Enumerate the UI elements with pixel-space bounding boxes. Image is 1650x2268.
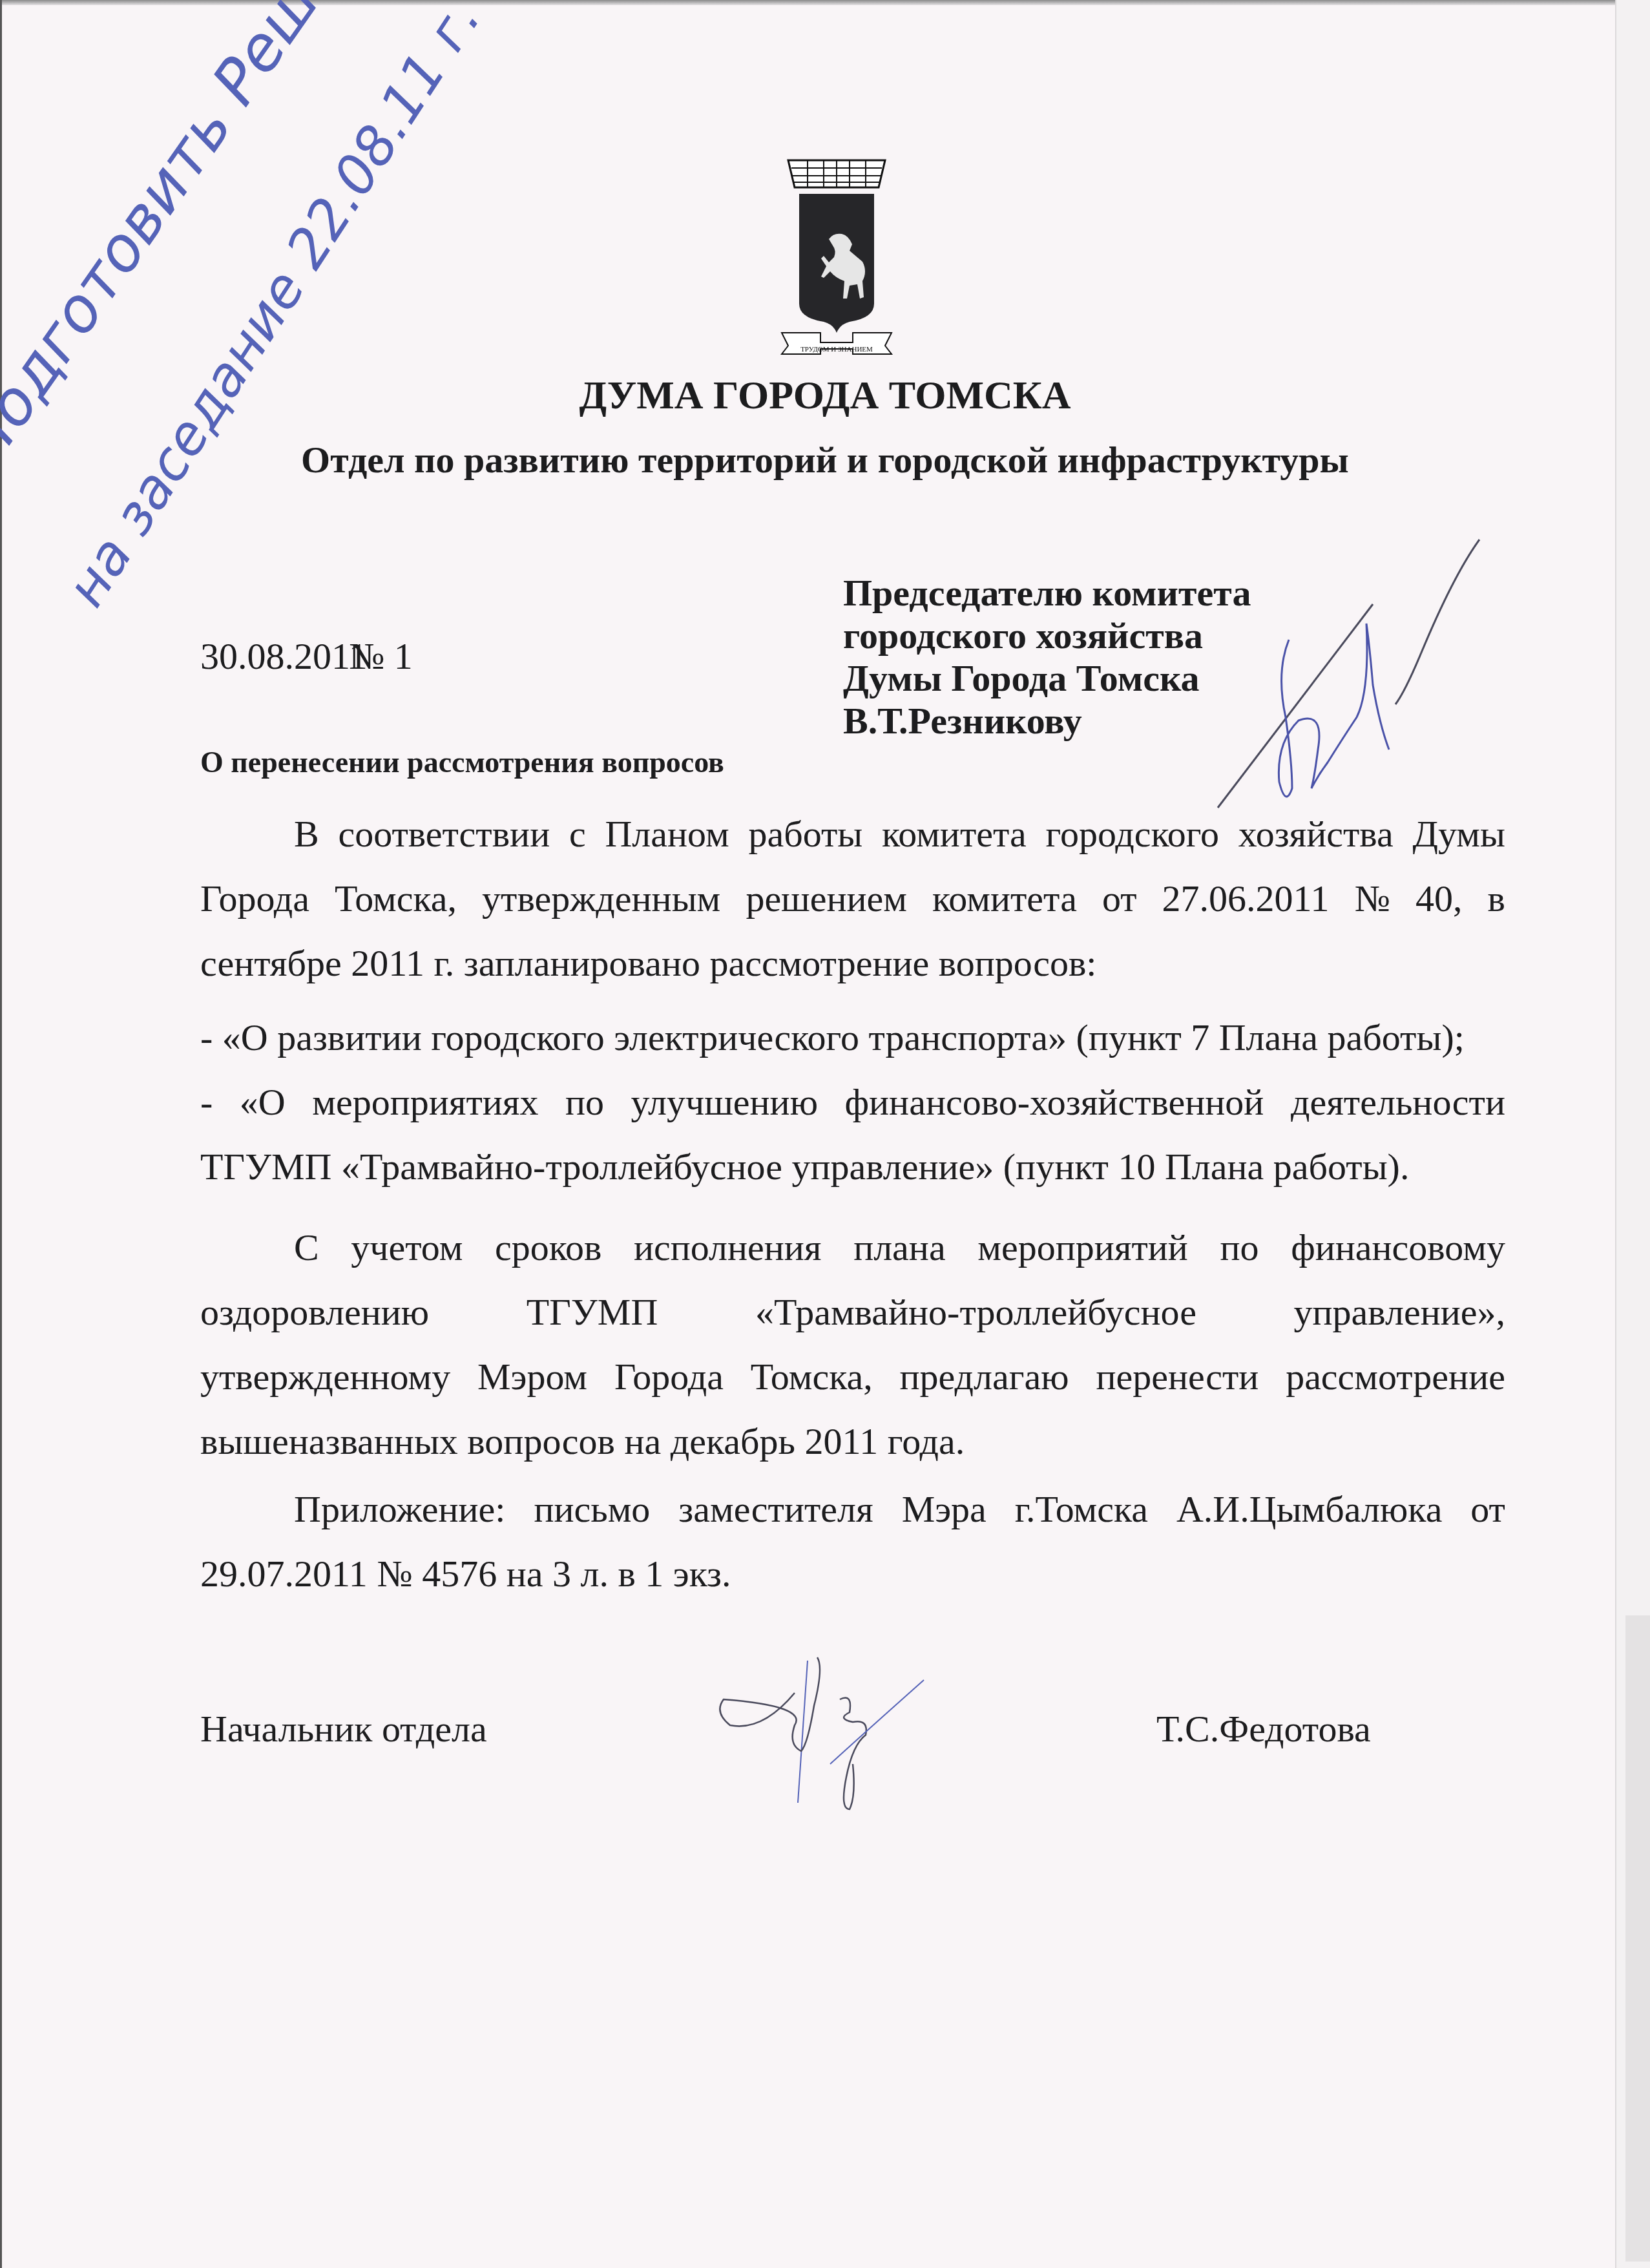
body-paragraph-2-line: утвержденномуМэромГородаТомска,предлагаю… bbox=[200, 1354, 1505, 1400]
tomsk-coat-of-arms: ТРУДОМ И ЗНАНИЕМ bbox=[766, 149, 908, 362]
svg-text:ТРУДОМ И ЗНАНИЕМ: ТРУДОМ И ЗНАНИЕМ bbox=[800, 346, 873, 353]
body-paragraph-2-line: Сучетомсроковисполненияпланамероприятийп… bbox=[294, 1224, 1505, 1271]
subject-line: О перенесении рассмотрения вопросов bbox=[200, 743, 724, 782]
body-paragraph-2-line: вышеназванных вопросов на декабрь 2011 г… bbox=[200, 1418, 965, 1465]
organization-title: ДУМА ГОРОДА ТОМСКА bbox=[0, 370, 1650, 421]
attachment-line: 29.07.2011 № 4576 на 3 л. в 1 экз. bbox=[200, 1551, 731, 1597]
addressee-block: Председателю комитета городского хозяйст… bbox=[843, 572, 1251, 742]
body-paragraph-1-line: ВсоответствиисПланомработыкомитетагородс… bbox=[294, 811, 1505, 857]
addressee-signature-icon bbox=[1195, 504, 1596, 827]
agenda-item-2-cont: ТГУМП «Трамвайно-троллейбусное управлени… bbox=[200, 1144, 1409, 1190]
body-paragraph-1-line: ГородаТомска,утвержденнымрешениемкомитет… bbox=[200, 876, 1505, 922]
addressee-line: В.Т.Резникову bbox=[843, 700, 1251, 742]
scan-right-strip bbox=[1615, 0, 1650, 2268]
addressee-line: городского хозяйства bbox=[843, 614, 1251, 657]
attachment-line: Приложение:письмозаместителяМэраг.Томска… bbox=[294, 1486, 1505, 1533]
body-paragraph-1-line: сентябре 2011 г. запланировано рассмотре… bbox=[200, 940, 1096, 987]
scan-left-edge bbox=[0, 0, 2, 2268]
signer-position: Начальник отдела bbox=[200, 1706, 487, 1752]
document-number: № 1 bbox=[349, 633, 413, 680]
signer-name: Т.С.Федотова bbox=[1156, 1706, 1371, 1752]
agenda-item-1: - «О развитии городского электрического … bbox=[200, 1014, 1465, 1061]
agenda-item-2: -«Омероприятияхпоулучшениюфинансово-хозя… bbox=[200, 1079, 1505, 1126]
addressee-line: Думы Города Томска bbox=[843, 657, 1251, 700]
signer-signature-icon bbox=[711, 1654, 982, 1835]
addressee-line: Председателю комитета bbox=[843, 572, 1251, 614]
body-paragraph-2-line: оздоровлениюТГУМП«Трамвайно-троллейбусно… bbox=[200, 1289, 1505, 1336]
department-title: Отдел по развитию территорий и городской… bbox=[0, 434, 1650, 486]
document-date: 30.08.2011 bbox=[200, 633, 368, 680]
coat-of-arms-icon: ТРУДОМ И ЗНАНИЕМ bbox=[766, 149, 908, 362]
